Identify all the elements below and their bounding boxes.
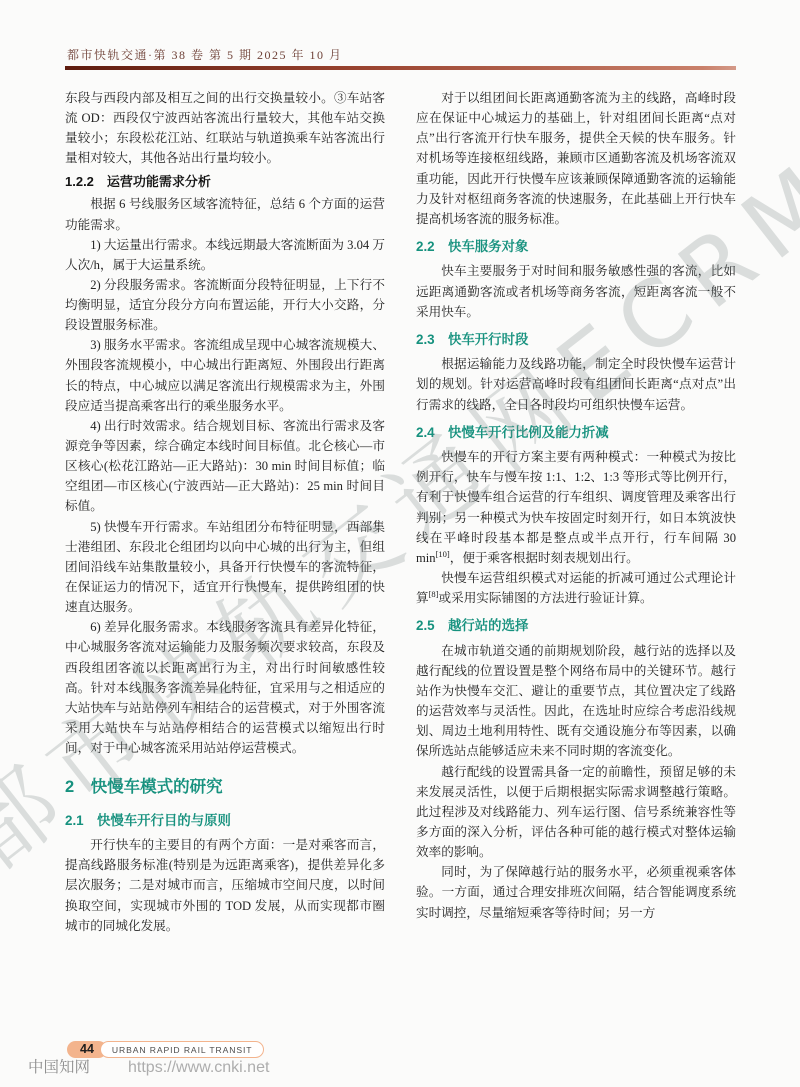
list-item-5: 5) 快慢车开行需求。车站组团分布特征明显，西部集士港组团、东段北仑组团均以向中… xyxy=(65,517,385,618)
paragraph-2-5-c: 同时，为了保障越行站的服务水平，必须重视乘客体验。一方面，通过合理安排班次间隔，… xyxy=(416,862,736,922)
paragraph-2-1: 开行快车的主要目的有两个方面：一是对乘客而言，提高线路服务标准(特别是为远距离乘… xyxy=(65,835,385,936)
heading-1-2-2: 1.2.2 运营功能需求分析 xyxy=(65,172,385,193)
list-item-4: 4) 出行时效需求。结合规划目标、客流出行需求及客源竞争等因素，综合确定本线时间… xyxy=(65,416,385,517)
list-item-3: 3) 服务水平需求。客流组成呈现中心城客流规模大、外围段客流规模小，中心城出行距… xyxy=(65,335,385,416)
two-column-body: 东段与西段内部及相互之间的出行交换量较小。③车站客流 OD：西段仅宁波西站客流出… xyxy=(65,88,737,936)
paragraph-od-continuation: 东段与西段内部及相互之间的出行交换量较小。③车站客流 OD：西段仅宁波西站客流出… xyxy=(65,88,385,169)
subsection-heading-2-3: 2.3 快车开行时段 xyxy=(416,329,736,350)
cnki-watermark: 中国知网https://www.cnki.net xyxy=(28,1055,269,1077)
paragraph-2-4-a: 快慢车的开行方案主要有两种模式：一种模式为按比例开行，快车与慢车按 1:1、1:… xyxy=(416,447,736,568)
left-column: 东段与西段内部及相互之间的出行交换量较小。③车站客流 OD：西段仅宁波西站客流出… xyxy=(65,88,385,936)
section-heading-2: 2 快慢车模式的研究 xyxy=(65,774,385,800)
paragraph-intro: 根据 6 号线服务区域客流特征，总结 6 个方面的运营功能需求。 xyxy=(65,194,385,234)
subsection-heading-2-5: 2.5 越行站的选择 xyxy=(416,615,736,636)
list-item-1: 1) 大运量出行需求。本线远期最大客流断面为 3.04 万人次/h，属于大运量系… xyxy=(65,235,385,275)
paragraph-2-3: 根据运输能力及线路功能，制定全时段快慢车运营计划的规划。针对运营高峰时段有组团间… xyxy=(416,354,736,414)
list-item-2: 2) 分段服务需求。客流断面分段特征明显，上下行不均衡明显，适宜分段分方向布置运… xyxy=(65,275,385,335)
cnki-name-watermark: 中国知网 xyxy=(28,1059,90,1076)
journal-header-line: 都市快轨交通·第 38 卷 第 5 期 2025 年 10 月 xyxy=(67,46,343,63)
paragraph-2-4-b: 快慢车运营组织模式对运能的折减可通过公式理论计算[8]或采用实际铺图的方法进行验… xyxy=(416,568,736,608)
paper-page: 都市快轨交通·第 38 卷 第 5 期 2025 年 10 月 东段与西段内部及… xyxy=(0,0,800,1087)
paragraph-commute-lines: 对于以组团间长距离通勤客流为主的线路，高峰时段应在保证中心城运力的基础上，针对组… xyxy=(416,88,736,229)
paragraph-2-2: 快车主要服务于对时间和服务敏感性强的客流，比如远距离通勤客流或者机场等商务客流，… xyxy=(416,261,736,321)
list-item-6: 6) 差异化服务需求。本线服务客流具有差异化特征，中心城服务客流对运输能力及服务… xyxy=(65,617,385,758)
subsection-heading-2-1: 2.1 快慢车开行目的与原则 xyxy=(65,810,385,831)
header-rule xyxy=(65,66,736,70)
paragraph-2-5-b: 越行配线的设置需具备一定的前瞻性，预留足够的未来发展灵活性，以便于后期根据实际需… xyxy=(416,762,736,863)
subsection-heading-2-2: 2.2 快车服务对象 xyxy=(416,236,736,257)
paragraph-2-5-a: 在城市轨道交通的前期规划阶段，越行站的选择以及越行配线的位置设置是整个网络布局中… xyxy=(416,641,736,762)
cnki-url-watermark: https://www.cnki.net xyxy=(128,1059,269,1076)
right-column: 对于以组团间长距离通勤客流为主的线路，高峰时段应在保证中心城运力的基础上，针对组… xyxy=(416,88,736,936)
subsection-heading-2-4: 2.4 快慢车开行比例及能力折减 xyxy=(416,422,736,443)
